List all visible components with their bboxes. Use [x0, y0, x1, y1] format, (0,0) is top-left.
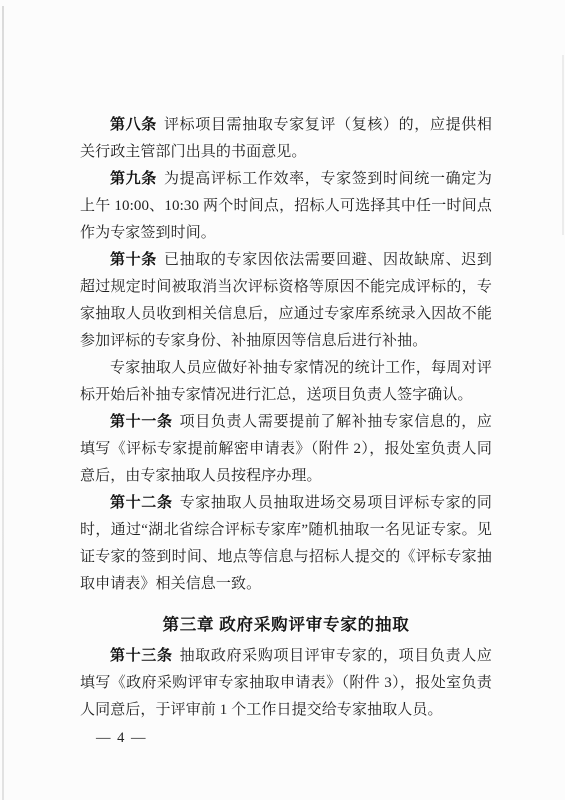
article-number: 第八条: [110, 117, 157, 133]
scan-artifact-left-edge: [2, 6, 4, 800]
article-number: 第十三条: [110, 648, 173, 664]
scan-artifact-right-edge: [562, 55, 564, 235]
article-number: 第十二条: [110, 495, 173, 511]
body-paragraph: 专家抽取人员应做好补抽专家情况的统计工作，每周对评标开始后补抽专家情况进行汇总，…: [80, 355, 492, 409]
document-page: 第八条评标项目需抽取专家复评（复核）的，应提供相关行政主管部门出具的书面意见。第…: [0, 0, 565, 800]
chapter-heading: 第三章 政府采购评审专家的抽取: [80, 611, 492, 638]
article-paragraph: 第十二条专家抽取人员抽取进场交易项目评标专家的同时，通过“湖北省综合评标专家库”…: [80, 490, 492, 598]
article-number: 第十一条: [110, 414, 173, 430]
page-number: — 4 —: [96, 730, 147, 747]
article-number: 第九条: [110, 171, 157, 187]
article-paragraph: 第十条已抽取的专家因依法需要回避、因故缺席、迟到超过规定时间被取消当次评标资格等…: [80, 247, 492, 355]
article-paragraph: 第九条为提高评标工作效率，专家签到时间统一确定为上午 10:00、10:30 两…: [80, 166, 492, 247]
article-number: 第十条: [110, 252, 157, 268]
article-paragraph: 第八条评标项目需抽取专家复评（复核）的，应提供相关行政主管部门出具的书面意见。: [80, 112, 492, 166]
document-body: 第八条评标项目需抽取专家复评（复核）的，应提供相关行政主管部门出具的书面意见。第…: [80, 112, 492, 724]
article-paragraph: 第十一条项目负责人需要提前了解补抽专家信息的，应填写《评标专家提前解密申请表》（…: [80, 409, 492, 490]
article-paragraph: 第十三条抽取政府采购项目评审专家的，项目负责人应填写《政府采购评审专家抽取申请表…: [80, 643, 492, 724]
